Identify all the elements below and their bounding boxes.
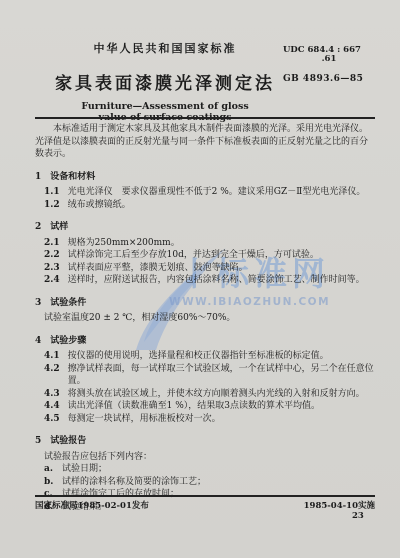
section-heading-2: 2试样 [35,221,375,234]
list-item-letter: a. [44,463,56,476]
clause-text: 规格为250mm×200mm。 [68,237,180,250]
clause-number: 2.3 [44,262,60,275]
clause-text: 读出光泽值（读数准确至1 %），结果取3点读数的算术平均值。 [68,400,320,413]
title-english: Furniture—Assessment of gloss value of s… [35,101,295,123]
header-codes: UDC 684.4 : 667 .61 GB 4893.6—85 [283,46,375,84]
standard-number: GB 4893.6—85 [283,75,375,84]
section-heading-4: 4试验步骤 [35,335,375,348]
section-number: 3 [35,298,41,308]
section-title: 试样 [50,222,68,232]
title-english-line1: Furniture—Assessment of gloss [35,101,295,112]
clause: 2.4送样时，应附送试报告，内容包括涂料名称、简要涂饰工艺、制作时间等。 [35,274,375,287]
clause: 1.1光电光泽仪 要求仪器重现性不低于2 %。建议采用GZ－Ⅱ型光电光泽仪。 [35,186,375,199]
issued-date: 国家标准局1985-02-01发布 [35,499,149,511]
section-heading-1: 1设备和材料 [35,171,375,184]
section-heading-5: 5试验报告 [35,435,375,448]
clause-number: 4.1 [44,350,60,363]
clause-number: 4.5 [44,413,60,426]
clause-text: 绒布或擦镜纸。 [68,199,131,212]
clause: 2.2试样涂饰完工后至少存放10d，并达到完全干燥后，方可试验。 [35,249,375,262]
intro-paragraph: 本标准适用于测定木家具及其他家具木制件表面漆膜的光泽。采用光电光泽仪。光泽值是以… [35,123,375,161]
clause-text: 每测定一块试样，用标准板校对一次。 [68,413,221,426]
document-body: 本标准适用于测定木家具及其他家具木制件表面漆膜的光泽。采用光电光泽仪。光泽值是以… [35,123,375,513]
clause-text: 送样时，应附送试报告，内容包括涂料名称、简要涂饰工艺、制作时间等。 [68,274,365,287]
section-heading-3: 3试验条件 [35,297,375,310]
clause: 4.4读出光泽值（读数准确至1 %），结果取3点读数的算术平均值。 [35,400,375,413]
section-number: 2 [35,222,41,232]
clause-text: 擦净试样表面，每一试样取三个试验区域，一个在试样中心，另二个在任意位置。 [68,363,375,388]
clause-number: 1.1 [44,186,60,199]
clause-text: 试样涂饰完工后至少存放10d，并达到完全干燥后，方可试验。 [68,249,319,262]
clause-text: 按仪器的使用说明，选择量程和校正仪器指针至标准板的标定值。 [68,350,329,363]
section-paragraph: 试验报告应包括下列内容： [35,451,375,464]
clause: 4.3将测头放在试验区域上，并使木纹方向顺着测头内光线的入射和反射方向。 [35,388,375,401]
clause-number: 1.2 [44,199,60,212]
clause-number: 4.2 [44,363,60,388]
header: 中华人民共和国国家标准 家具表面漆膜光泽测定法 Furniture—Assess… [35,40,295,123]
section-title: 试验报告 [50,436,86,446]
section-title: 设备和材料 [50,172,95,182]
list-item: b.试样的涂料名称及简要的涂饰工艺； [35,476,375,489]
scanned-standard-page: 丨标准网 WWW.IBIAOZHUN.COM 中华人民共和国国家标准 家具表面漆… [0,0,400,558]
clause-text: 光电光泽仪 要求仪器重现性不低于2 %。建议采用GZ－Ⅱ型光电光泽仪。 [68,186,366,199]
list-item-text: 试样的涂料名称及简要的涂饰工艺； [62,476,206,489]
clause: 2.1规格为250mm×200mm。 [35,237,375,250]
section-number: 5 [35,436,41,446]
clause-number: 4.3 [44,388,60,401]
section-title: 试验步骤 [50,336,86,346]
clause: 4.1按仪器的使用说明，选择量程和校正仪器指针至标准板的标定值。 [35,350,375,363]
clause-number: 2.4 [44,274,60,287]
clause-number: 2.2 [44,249,60,262]
page-number: 23 [352,511,364,521]
udc-code-continued: .61 [283,55,375,64]
list-item: a.试验日期； [35,463,375,476]
section-number: 1 [35,172,41,182]
clause-number: 4.4 [44,400,60,413]
clause: 1.2绒布或擦镜纸。 [35,199,375,212]
section-number: 4 [35,336,41,346]
clause-number: 2.1 [44,237,60,250]
list-item-letter: b. [44,476,56,489]
header-divider [35,117,375,119]
page-title: 家具表面漆膜光泽测定法 [35,69,295,94]
clause: 4.5每测定一块试样，用标准板校对一次。 [35,413,375,426]
footer: 国家标准局1985-02-01发布 1985-04-10实施 [35,499,375,511]
clause: 2.3试样表面应平整，漆膜无划痕、鼓泡等缺陷。 [35,262,375,275]
effective-date: 1985-04-10实施 [304,499,375,511]
footer-divider [35,495,375,497]
section-title: 试验条件 [50,298,86,308]
section-paragraph: 试验室温度20 ± 2 ℃，相对湿度60%～70%。 [35,312,375,325]
authority-line: 中华人民共和国国家标准 [35,40,295,56]
clause-text: 将测头放在试验区域上，并使木纹方向顺着测头内光线的入射和反射方向。 [68,388,365,401]
clause-text: 试样表面应平整，漆膜无划痕、鼓泡等缺陷。 [68,262,248,275]
clause: 4.2擦净试样表面，每一试样取三个试验区域，一个在试样中心，另二个在任意位置。 [35,363,375,388]
list-item-text: 试验日期； [62,463,107,476]
